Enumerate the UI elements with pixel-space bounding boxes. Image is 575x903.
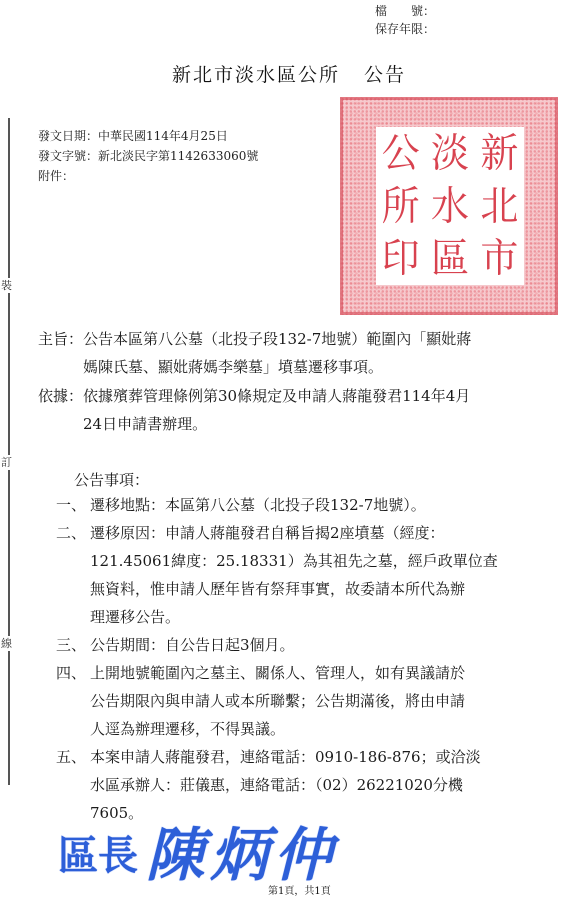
notice-item-1: 一、 遷移地點：本區第八公墓（北投子段132-7地號）。: [56, 491, 556, 519]
item-line: 公告期限內與申請人或本所聯繫；公告期滿後，將由申請: [90, 687, 556, 715]
subject-line: 媽陳氏墓、顯妣蔣媽李樂墓」墳墓遷移事項。: [83, 353, 558, 381]
issue-date-value: 中華民國114年4月25日: [98, 129, 228, 143]
issue-date-row: 發文日期：中華民國114年4月25日: [38, 127, 228, 144]
agency-name: 新北市淡水區公所: [172, 64, 340, 86]
notice-item-2: 二、 遷移原因：申請人蔣龍發君自稱旨揭2座墳墓（經度： 121.45061緯度：…: [56, 519, 556, 631]
basis-label: 依據：: [38, 382, 83, 410]
item-line: 公告期間：自公告日起3個月。: [90, 631, 556, 659]
file-number-field: 檔 號：: [375, 2, 435, 19]
reference-number-value: 新北淡民字第1142633060號: [98, 149, 258, 163]
subject-line: 公告本區第八公墓（北投子段132-7地號）範圍內「顯妣蔣: [83, 325, 558, 353]
item-line: 121.45061緯度：25.18331）為其祖先之墓，經戶政單位查: [90, 547, 556, 575]
seal-char: 所: [376, 178, 425, 233]
subject-label: 主旨：: [38, 325, 83, 353]
basis-line: 24日申請書辦理。: [83, 410, 558, 438]
signature-name: 陳炳仲: [146, 808, 338, 892]
subject-section: 主旨： 公告本區第八公墓（北投子段132-7地號）範圍內「顯妣蔣 媽陳氏墓、顯妣…: [38, 325, 558, 381]
item-number: 四、: [56, 659, 86, 687]
seal-inner: 公 淡 新 所 水 北 印 區 市: [376, 127, 524, 285]
notice-item-4: 四、 上開地號範圍內之墓主、關係人、管理人，如有異議請於 公告期限內與申請人或本…: [56, 659, 556, 743]
issue-date-label: 發文日期：: [38, 129, 98, 143]
item-line: 本案申請人蔣龍發君，連絡電話：0910-186-876；或洽淡: [90, 743, 556, 771]
reference-number-label: 發文字號：: [38, 149, 98, 163]
seal-char: 公: [376, 126, 425, 181]
item-line: 上開地號範圍內之墓主、關係人、管理人，如有異議請於: [90, 659, 556, 687]
file-number-label: 檔 號：: [375, 4, 435, 18]
item-line: 水區承辦人：莊儀惠，連絡電話：（02）26221020分機: [90, 771, 556, 799]
item-number: 三、: [56, 631, 86, 659]
attachment-row: 附件：: [38, 167, 74, 184]
document-title: 新北市淡水區公所公告: [172, 60, 406, 87]
item-line: 理遷移公告。: [90, 603, 556, 631]
seal-char: 新: [475, 126, 524, 181]
retention-period-label: 保存年限：: [375, 22, 435, 36]
basis-line: 依據殯葬管理條例第30條規定及申請人蔣龍發君114年4月: [83, 382, 558, 410]
attachment-label: 附件：: [38, 169, 74, 183]
seal-char: 淡: [425, 126, 474, 181]
seal-char: 市: [475, 231, 524, 286]
seal-char: 北: [475, 178, 524, 233]
official-seal: 公 淡 新 所 水 北 印 區 市: [340, 97, 558, 315]
item-line: 遷移地點：本區第八公墓（北投子段132-7地號）。: [90, 491, 556, 519]
notice-heading: 公告事項：: [74, 466, 149, 494]
item-line: 人逕為辦理遷移，不得異議。: [90, 715, 556, 743]
binding-mark-bind: 裝: [1, 278, 12, 293]
item-number: 二、: [56, 519, 86, 547]
seal-char: 區: [425, 231, 474, 286]
retention-period-field: 保存年限：: [375, 20, 435, 37]
item-number: 五、: [56, 743, 86, 771]
seal-char: 水: [425, 178, 474, 233]
signature-title: 區長: [58, 824, 138, 881]
document-type: 公告: [364, 64, 406, 86]
item-line: 無資料，惟申請人歷年皆有祭拜事實，故委請本所代為辦: [90, 575, 556, 603]
binding-line: [8, 118, 10, 785]
binding-mark-line: 線: [1, 636, 12, 651]
basis-section: 依據： 依據殯葬管理條例第30條規定及申請人蔣龍發君114年4月 24日申請書辦…: [38, 382, 558, 438]
page-number: 第1頁，共1頁: [268, 882, 331, 897]
binding-mark-staple: 訂: [1, 455, 12, 470]
reference-number-row: 發文字號：新北淡民字第1142633060號: [38, 147, 258, 164]
seal-char: 印: [376, 231, 425, 286]
notice-item-3: 三、 公告期間：自公告日起3個月。: [56, 631, 556, 659]
item-line: 遷移原因：申請人蔣龍發君自稱旨揭2座墳墓（經度：: [90, 519, 556, 547]
item-number: 一、: [56, 491, 86, 519]
